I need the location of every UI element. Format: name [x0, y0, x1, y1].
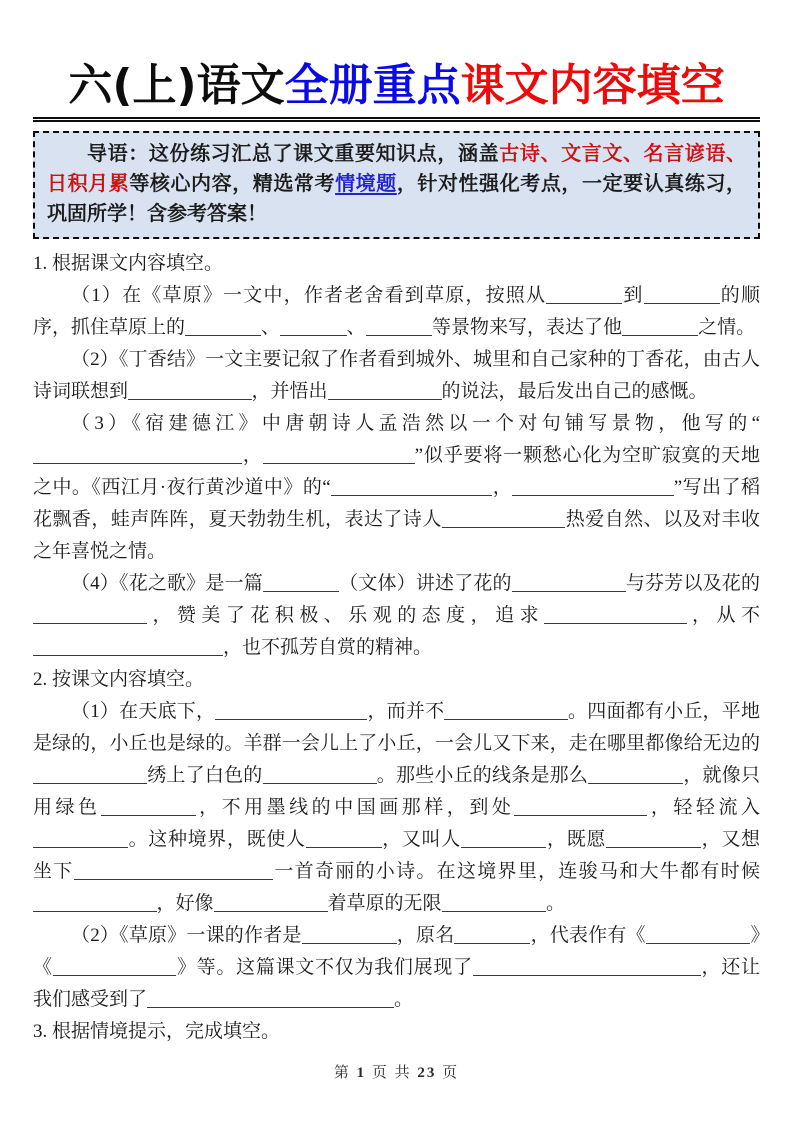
fill-in-blank[interactable]	[74, 861, 274, 880]
fill-in-blank[interactable]	[263, 573, 339, 592]
text-run: （1）在《草原》一文中，作者老舍看到草原，按照从	[71, 285, 546, 306]
fill-in-blank[interactable]	[512, 477, 674, 496]
text-run: ，轻轻流入	[647, 797, 760, 818]
fill-in-blank[interactable]	[33, 637, 223, 656]
text-run: 。	[394, 989, 413, 1010]
text-run: ，而并不	[367, 701, 444, 722]
text-run: ，赞美了花积极、乐观的态度，追求	[147, 605, 544, 626]
text-run: 一首奇丽的小诗。在这境界里，连骏马和大牛都有时候	[273, 861, 760, 882]
fill-in-blank[interactable]	[544, 605, 687, 624]
text-run: 。那些小丘的线条是那么	[377, 765, 589, 786]
text-run: 、	[261, 317, 280, 338]
fill-in-blank[interactable]	[454, 925, 530, 944]
fill-in-blank[interactable]	[644, 285, 720, 304]
title-segment-topic: 课文内容填空	[461, 60, 725, 111]
fill-in-blank[interactable]	[101, 797, 196, 816]
fill-in-blank[interactable]	[514, 797, 647, 816]
text-run: 、	[347, 317, 366, 338]
text-run: 着草原的无限	[328, 893, 442, 914]
fill-in-blank[interactable]	[442, 509, 566, 528]
text-run: 第	[334, 1065, 357, 1081]
page-title: 六(上)语文全册重点课文内容填空	[33, 58, 760, 113]
page-footer: 第 1 页 共 23 页	[0, 1061, 793, 1082]
title-segment-scope: 全册重点	[285, 60, 461, 111]
text-run: ，代表作有《	[530, 925, 645, 946]
fill-in-blank[interactable]	[306, 829, 382, 848]
fill-in-blank[interactable]	[280, 317, 347, 336]
text-run: 的说法，最后发出自己的感慨。	[442, 381, 708, 402]
text-run: 页	[436, 1065, 459, 1081]
fill-in-blank[interactable]	[33, 765, 147, 784]
text-run: 等核心内容，精选常考	[129, 173, 335, 195]
text-run: ，并悟出	[252, 381, 328, 402]
text-run: ，	[242, 445, 263, 466]
fill-in-blank[interactable]	[444, 701, 568, 720]
text-run: 与芬芳以及花的	[626, 573, 760, 594]
text-run: 1	[357, 1065, 367, 1081]
fill-in-blank[interactable]	[302, 925, 397, 944]
text-run: 绣上了白色的	[147, 765, 263, 786]
fill-in-blank[interactable]	[33, 605, 147, 624]
fill-in-blank[interactable]	[588, 765, 683, 784]
fill-in-blank[interactable]	[331, 477, 493, 496]
text-run: 导语：这份练习汇总了课文重要知识点，涵盖	[87, 143, 499, 165]
fill-in-blank[interactable]	[53, 957, 177, 976]
q2-heading: 2. 按课文内容填空。	[33, 664, 760, 696]
fill-in-blank[interactable]	[215, 701, 367, 720]
text-run: 到	[622, 285, 643, 306]
text-run: 之情。	[698, 317, 755, 338]
fill-in-blank[interactable]	[33, 829, 128, 848]
text-run: 页 共	[366, 1065, 417, 1081]
fill-in-blank[interactable]	[366, 317, 433, 336]
text-run: （文体）讲述了花的	[339, 573, 512, 594]
q1-item-1: （1）在《草原》一文中，作者老舍看到草原，按照从到的顺序，抓住草原上的、、等景物…	[33, 280, 760, 344]
fill-in-blank[interactable]	[473, 957, 701, 976]
fill-in-blank[interactable]	[128, 381, 252, 400]
text-run: ，	[492, 477, 512, 498]
fill-in-blank[interactable]	[214, 893, 328, 912]
q2-item-1: （1）在天底下，，而并不。四面都有小丘，平地是绿的，小丘也是绿的。羊群一会儿上了…	[33, 696, 760, 920]
text-run: ，不用墨线的中国画那样，到处	[196, 797, 515, 818]
text-run: 3. 根据情境提示，完成填空。	[33, 1021, 280, 1042]
fill-in-blank[interactable]	[442, 893, 547, 912]
intro-box: 导语：这份练习汇总了课文重要知识点，涵盖古诗、文言文、名言谚语、日积月累等核心内…	[33, 131, 760, 239]
fill-in-blank[interactable]	[263, 445, 415, 464]
worksheet-page: 六(上)语文全册重点课文内容填空 导语：这份练习汇总了课文重要知识点，涵盖古诗、…	[0, 0, 793, 1122]
text-run: （3）《宿建德江》中唐朝诗人孟浩然以一个对句铺写景物，他写的“	[71, 413, 760, 434]
q1-heading: 1. 根据课文内容填空。	[33, 248, 760, 280]
q1-item-3: （3）《宿建德江》中唐朝诗人孟浩然以一个对句铺写景物，他写的“，”似乎要将一颗愁…	[33, 408, 760, 568]
text-run: ，又叫人	[382, 829, 461, 850]
text-run: （2）《草原》一课的作者是	[71, 925, 302, 946]
q2-item-2: （2）《草原》一课的作者是，原名，代表作有《》《》等。这篇课文不仅为我们展现了，…	[33, 920, 760, 1016]
text-run: ，从不	[687, 605, 760, 626]
text-run: 》等。这篇课文不仅为我们展现了	[176, 957, 473, 978]
fill-in-blank[interactable]	[33, 893, 157, 912]
fill-in-blank[interactable]	[622, 317, 698, 336]
fill-in-blank[interactable]	[185, 317, 261, 336]
page-content: 六(上)语文全册重点课文内容填空 导语：这份练习汇总了课文重要知识点，涵盖古诗、…	[0, 0, 793, 1048]
fill-in-blank[interactable]	[546, 285, 622, 304]
fill-in-blank[interactable]	[33, 445, 242, 464]
text-run: （4）《花之歌》是一篇	[71, 573, 263, 594]
q1-item-4: （4）《花之歌》是一篇（文体）讲述了花的与芬芳以及花的，赞美了花积极、乐观的态度…	[33, 568, 760, 664]
text-run: ，好像	[157, 893, 214, 914]
text-run: 2. 按课文内容填空。	[33, 669, 204, 690]
text-run: ，既愿	[546, 829, 606, 850]
text-run: ，原名	[397, 925, 455, 946]
fill-in-blank[interactable]	[147, 989, 394, 1008]
text-run: 1. 根据课文内容填空。	[33, 253, 223, 274]
text-run: 23	[417, 1065, 436, 1081]
question-body: 1. 根据课文内容填空。（1）在《草原》一文中，作者老舍看到草原，按照从到的顺序…	[33, 248, 760, 1048]
fill-in-blank[interactable]	[263, 765, 377, 784]
fill-in-blank[interactable]	[512, 573, 626, 592]
q3-heading: 3. 根据情境提示，完成填空。	[33, 1016, 760, 1048]
text-run: （1）在天底下，	[71, 701, 215, 722]
fill-in-blank[interactable]	[646, 925, 751, 944]
text-run: 等景物来写，表达了他	[432, 317, 622, 338]
fill-in-blank[interactable]	[461, 829, 547, 848]
text-run: ，也不孤芳自赏的精神。	[223, 637, 432, 658]
intro-text: 导语：这份练习汇总了课文重要知识点，涵盖古诗、文言文、名言谚语、日积月累等核心内…	[47, 139, 746, 229]
title-underline	[33, 117, 760, 122]
fill-in-blank[interactable]	[328, 381, 442, 400]
text-run: 。这种境界，既使人	[128, 829, 306, 850]
q1-item-2: （2）《丁香结》一文主要记叙了作者看到城外、城里和自己家种的丁香花，由古人诗词联…	[33, 344, 760, 408]
title-segment-course: 六(上)语文	[68, 60, 284, 111]
text-run: 情境题	[335, 173, 397, 195]
text-run: 。	[546, 893, 565, 914]
fill-in-blank[interactable]	[606, 829, 701, 848]
